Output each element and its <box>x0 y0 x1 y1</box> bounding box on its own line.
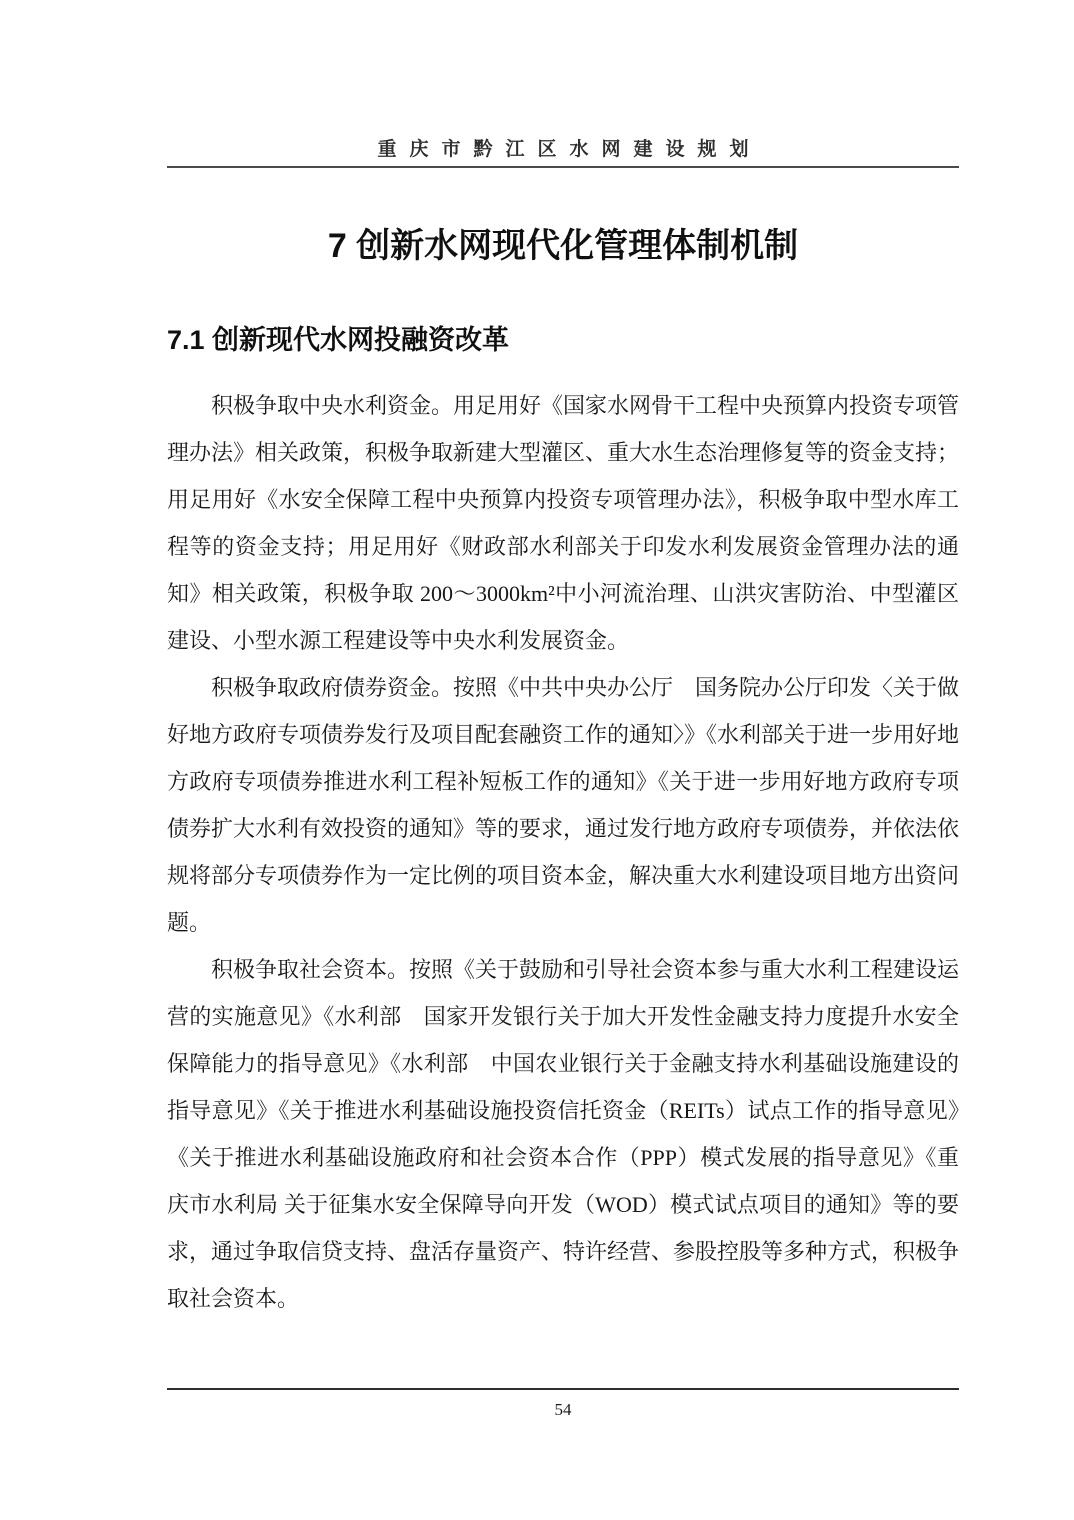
body-paragraph-government-bonds: 积极争取政府债券资金。按照《中共中央办公厅 国务院办公厅印发〈关于做好地方政府专… <box>167 664 959 946</box>
header-rule <box>167 166 959 168</box>
page-number: 54 <box>167 1398 959 1422</box>
body-text: 积极争取中央水利资金。用足用好《国家水网骨干工程中央预算内投资专项管理办法》相关… <box>167 382 959 1322</box>
page-header-title: 重庆市黔江区水网建设规划 <box>167 134 959 161</box>
chapter-title: 7 创新水网现代化管理体制机制 <box>167 224 959 268</box>
section-heading: 7.1 创新现代水网投融资改革 <box>167 321 959 359</box>
document-page: 重庆市黔江区水网建设规划 7 创新水网现代化管理体制机制 7.1 创新现代水网投… <box>0 0 1074 1520</box>
footer-rule <box>167 1388 959 1390</box>
body-paragraph-social-capital: 积极争取社会资本。按照《关于鼓励和引导社会资本参与重大水利工程建设运营的实施意见… <box>167 946 959 1322</box>
body-paragraph-central-funds: 积极争取中央水利资金。用足用好《国家水网骨干工程中央预算内投资专项管理办法》相关… <box>167 382 959 664</box>
